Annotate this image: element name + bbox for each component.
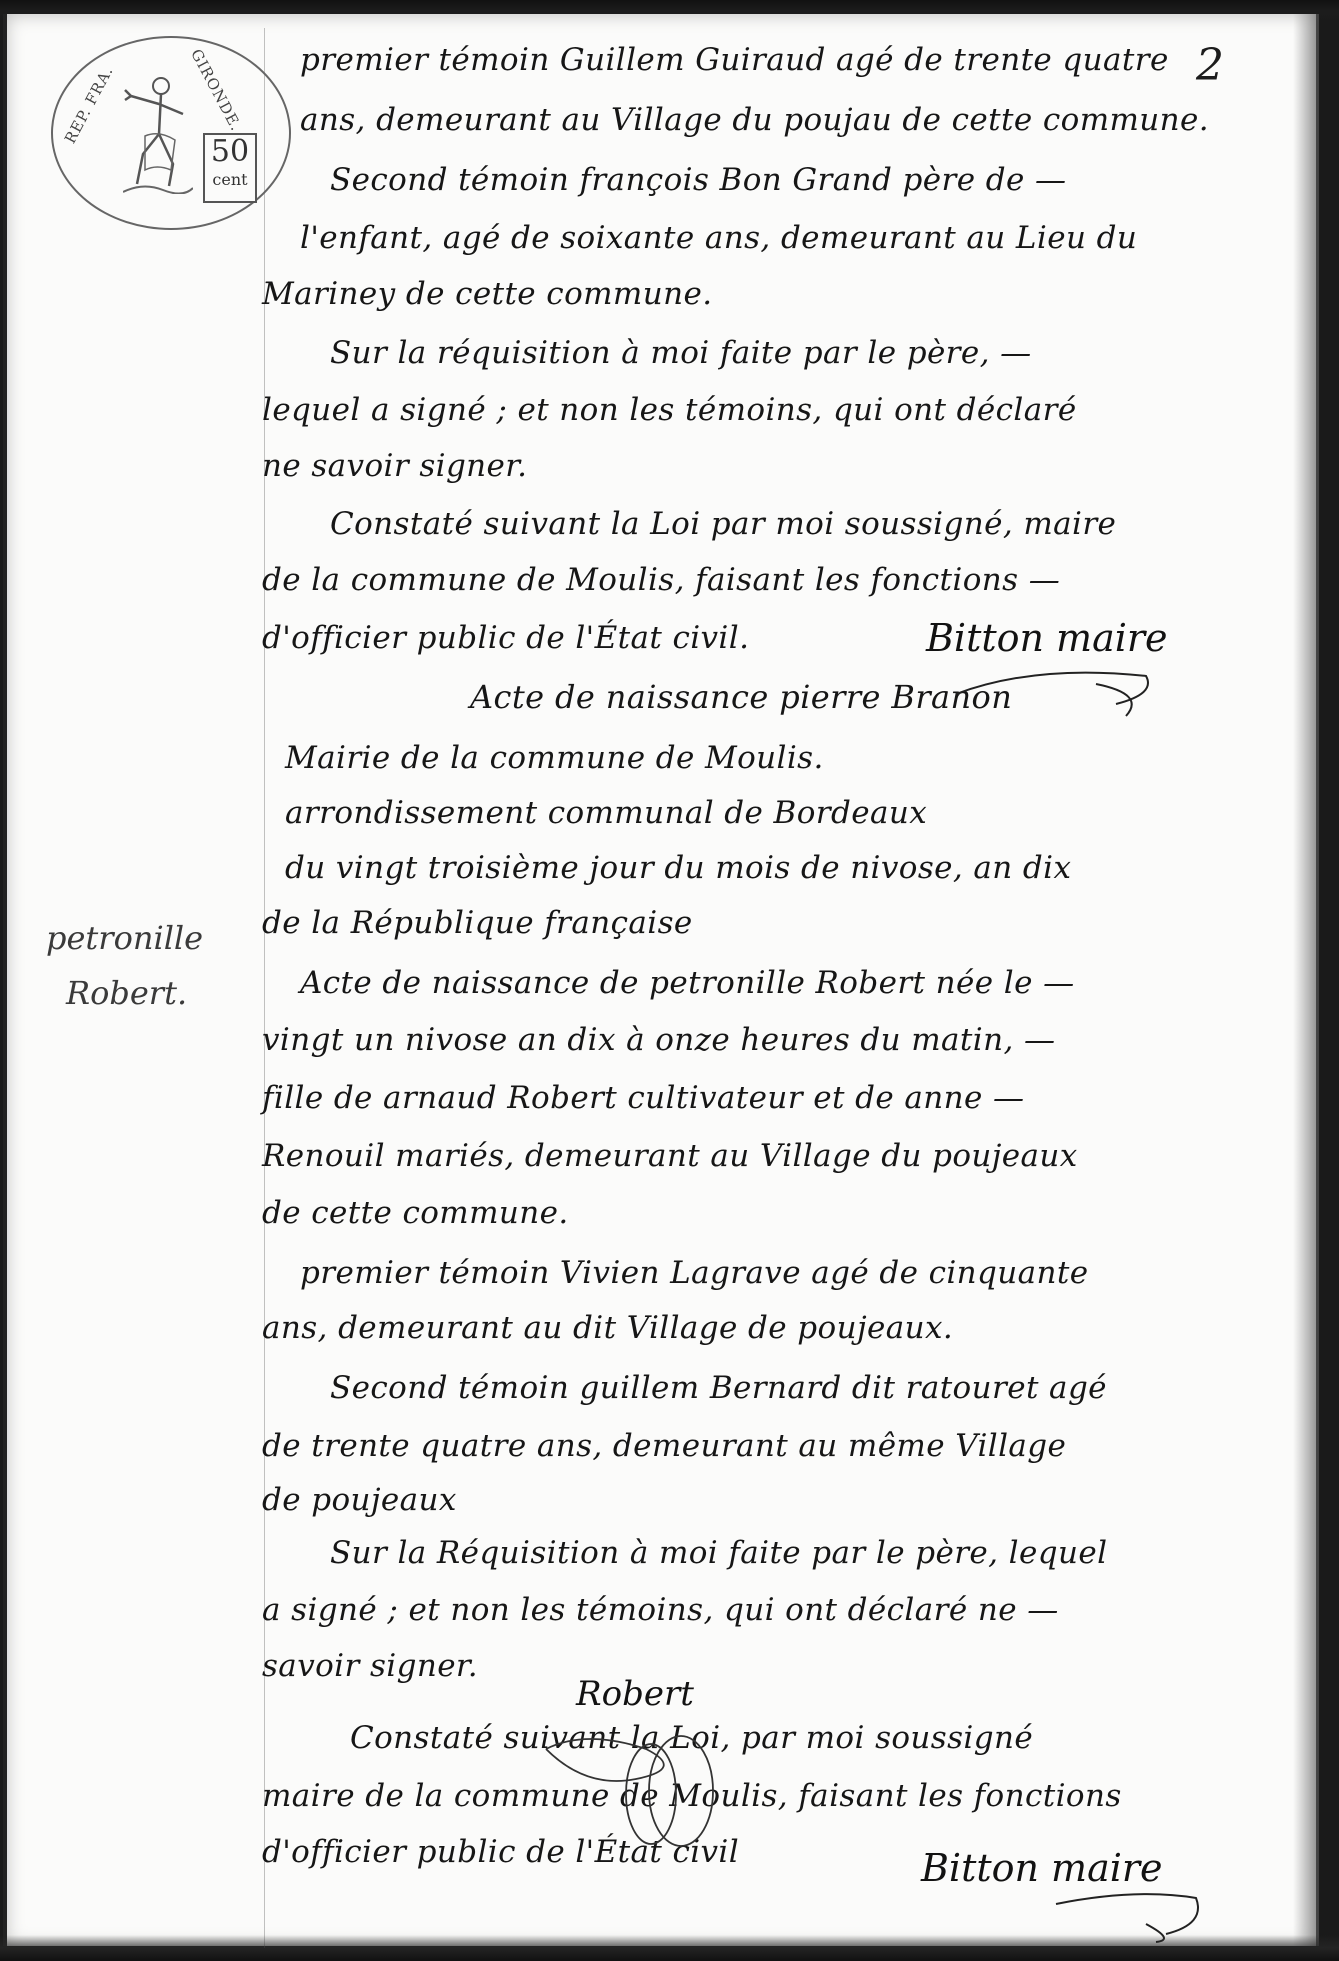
text-line: Sur la réquisition à moi faite par le pè… xyxy=(330,335,1032,371)
text-line: ans, demeurant au dit Village de poujeau… xyxy=(262,1310,953,1346)
text-line: vingt un nivose an dix à onze heures du … xyxy=(262,1022,1055,1058)
text-line: lequel a signé ; et non les témoins, qui… xyxy=(262,392,1077,428)
text-line: du vingt troisième jour du mois de nivos… xyxy=(285,850,1071,886)
tax-stamp: REP. FRA. GIRONDE. 50 cent xyxy=(51,36,291,230)
stamp-value: 50 xyxy=(205,135,255,169)
father-signature: Robert xyxy=(576,1674,694,1714)
scan-left-edge xyxy=(3,14,7,1946)
text-line: Sur la Réquisition à moi faite par le pè… xyxy=(330,1535,1107,1571)
text-line: Constaté suivant la Loi par moi soussign… xyxy=(330,506,1116,542)
folio-number: 2 xyxy=(1196,40,1224,91)
text-line: Acte de naissance pierre Branon xyxy=(470,678,1012,716)
text-line: ne savoir signer. xyxy=(262,448,527,484)
stamp-right-text: GIRONDE. xyxy=(187,46,245,134)
text-line: Renouil mariés, demeurant au Village du … xyxy=(262,1138,1078,1174)
stamp-unit: cent xyxy=(205,169,255,191)
signature-flourish-icon xyxy=(946,654,1166,724)
seated-figure-icon xyxy=(123,74,193,194)
text-line: de poujeaux xyxy=(262,1482,457,1518)
text-line: a signé ; et non les témoins, qui ont dé… xyxy=(262,1592,1059,1628)
text-line: Second témoin françois Bon Grand père de… xyxy=(330,162,1066,198)
text-line: de trente quatre ans, demeurant au même … xyxy=(262,1428,1066,1464)
text-line: arrondissement communal de Bordeaux xyxy=(285,795,927,831)
text-line: de cette commune. xyxy=(262,1195,569,1231)
stamp-left-text: REP. FRA. xyxy=(61,63,117,147)
text-line: l'enfant, agé de soixante ans, demeurant… xyxy=(300,220,1137,256)
text-line: de la commune de Moulis, faisant les fon… xyxy=(262,562,1060,598)
text-line: Mariney de cette commune. xyxy=(262,276,712,312)
scan-bottom-edge xyxy=(0,1935,1339,1961)
text-line: premier témoin Vivien Lagrave agé de cin… xyxy=(300,1255,1088,1291)
text-line: de la République française xyxy=(262,905,693,941)
margin-note-surname: Robert. xyxy=(66,974,187,1012)
text-line: Second témoin guillem Bernard dit ratour… xyxy=(330,1370,1107,1406)
paraph-loops-icon xyxy=(526,1729,746,1849)
text-line: Acte de naissance de petronille Robert n… xyxy=(300,965,1074,1001)
text-line: ans, demeurant au Village du poujau de c… xyxy=(300,102,1209,138)
text-line: premier témoin Guillem Guiraud agé de tr… xyxy=(300,42,1169,78)
text-line: Mairie de la commune de Moulis. xyxy=(285,740,824,776)
scan-right-edge xyxy=(1293,14,1319,1946)
text-line: d'officier public de l'État civil. xyxy=(262,620,749,656)
margin-note-first-name: petronille xyxy=(46,919,203,957)
text-line: fille de arnaud Robert cultivateur et de… xyxy=(262,1080,1024,1116)
stamp-value-box: 50 cent xyxy=(203,133,257,203)
register-page: REP. FRA. GIRONDE. 50 cent 2 premier tém… xyxy=(6,14,1316,1946)
text-line: savoir signer. xyxy=(262,1648,478,1684)
